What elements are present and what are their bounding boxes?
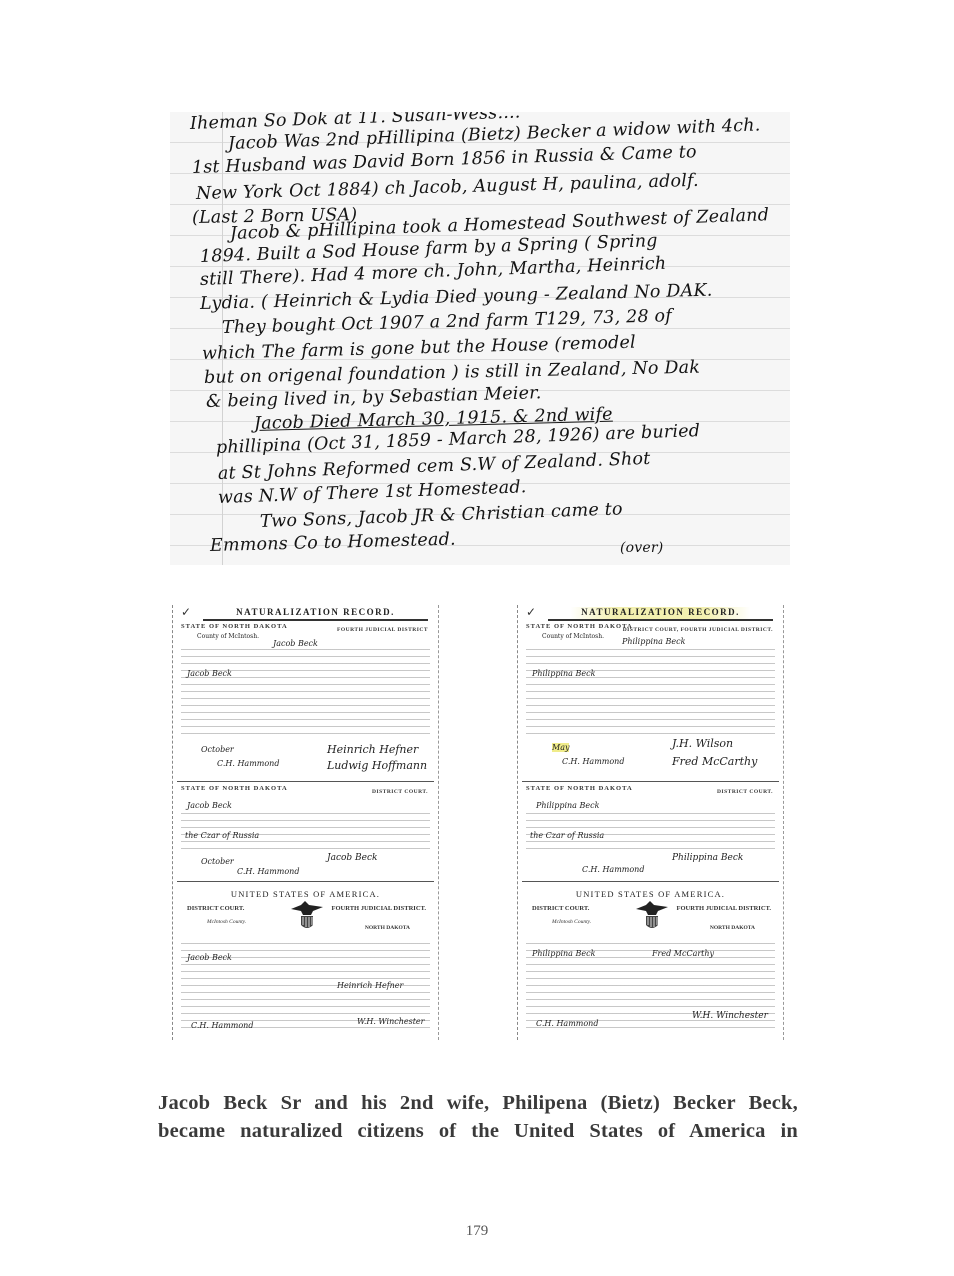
- clerk-signature: C.H. Hammond: [582, 865, 644, 874]
- district-court-heading: DISTRICT COURT.: [532, 905, 589, 912]
- note-line: which The farm is gone but the House (re…: [202, 333, 636, 364]
- date-month: May: [552, 743, 569, 752]
- witness-signature-2: Fred McCarthy: [672, 755, 757, 768]
- judge-signature: W.H. Winchester: [692, 1011, 768, 1021]
- applicant-name: Philippina Beck: [622, 637, 685, 646]
- date-month: October: [201, 745, 234, 754]
- state-heading: STATE OF NORTH DAKOTA: [526, 785, 633, 792]
- caption-line-1: Jacob Beck Sr and his 2nd wife, Philipen…: [158, 1092, 798, 1115]
- north-dakota-label: NORTH DAKOTA: [710, 925, 755, 931]
- handwritten-note-image: Iheman So Dok at 11. Susan-Wess.... Jaco…: [170, 112, 790, 565]
- judicial-district-heading: FOURTH JUDICIAL DISTRICT.: [677, 905, 771, 912]
- county-label: McIntosh County.: [552, 919, 591, 925]
- date-month: October: [201, 857, 234, 866]
- applicant-name-repeat: Philippina Beck: [532, 669, 595, 678]
- country-entry: the Czar of Russia: [530, 831, 604, 840]
- petition-section: STATE OF NORTH DAKOTA FOURTH JUDICIAL DI…: [177, 621, 434, 782]
- checkmark-icon: ✓: [181, 605, 191, 620]
- applicant-name: Jacob Beck: [273, 639, 318, 648]
- oath-section: STATE OF NORTH DAKOTA DISTRICT COURT. Ja…: [177, 783, 434, 882]
- witness-name: Fred McCarthy: [652, 949, 714, 958]
- clerk-signature: C.H. Hammond: [217, 759, 279, 768]
- oath-section: STATE OF NORTH DAKOTA DISTRICT COURT. Ph…: [522, 783, 779, 882]
- form-text-lines: [181, 807, 430, 849]
- judge-signature: W.H. Winchester: [357, 1017, 424, 1026]
- clerk-signature: C.H. Hammond: [562, 757, 624, 766]
- certificate-section: UNITED STATES OF AMERICA. DISTRICT COURT…: [522, 885, 779, 1040]
- applicant-name-repeat: Jacob Beck: [187, 669, 232, 678]
- eagle-seal-icon: [634, 897, 670, 933]
- county-label: McIntosh County.: [207, 919, 246, 925]
- state-heading: STATE OF NORTH DAKOTA: [526, 623, 633, 630]
- country-entry: the Czar of Russia: [185, 831, 259, 840]
- witness-name: Heinrich Hefner: [337, 981, 403, 990]
- north-dakota-label: NORTH DAKOTA: [365, 925, 410, 931]
- form-text-lines: [526, 807, 775, 849]
- record-title: NATURALIZATION RECORD.: [203, 607, 428, 621]
- court-heading: DISTRICT COURT.: [372, 789, 428, 795]
- state-heading: STATE OF NORTH DAKOTA: [181, 785, 288, 792]
- witness-signature-2: Ludwig Hoffmann: [327, 759, 427, 772]
- court-heading: DISTRICT COURT, FOURTH JUDICIAL DISTRICT…: [623, 627, 773, 633]
- certificate-section: UNITED STATES OF AMERICA. DISTRICT COURT…: [177, 885, 434, 1040]
- applicant-name: Jacob Beck: [187, 953, 232, 962]
- applicant-name: Jacob Beck: [187, 801, 232, 810]
- applicant-signature: Jacob Beck: [327, 853, 378, 863]
- petition-section: STATE OF NORTH DAKOTA DISTRICT COURT, FO…: [522, 621, 779, 782]
- note-line: but on origenal foundation ) is still in…: [204, 358, 700, 388]
- court-heading: DISTRICT COURT.: [717, 789, 773, 795]
- record-title: NATURALIZATION RECORD.: [548, 607, 773, 621]
- state-heading: STATE OF NORTH DAKOTA: [181, 623, 288, 630]
- naturalization-record-philippina: ✓ NATURALIZATION RECORD. STATE OF NORTH …: [517, 605, 784, 1040]
- note-over-marker: (over): [620, 540, 663, 556]
- district-court-heading: DISTRICT COURT.: [187, 905, 244, 912]
- caption-line-2: became naturalized citizens of the Unite…: [158, 1120, 798, 1143]
- form-text-lines: [526, 643, 775, 735]
- witness-signature-1: J.H. Wilson: [672, 737, 733, 750]
- naturalization-record-jacob: ✓ NATURALIZATION RECORD. STATE OF NORTH …: [172, 605, 439, 1040]
- witness-signature-1: Heinrich Hefner: [327, 743, 418, 756]
- page-number: 179: [0, 1223, 954, 1240]
- note-line: Emmons Co to Homestead.: [210, 530, 456, 556]
- applicant-signature: Philippina Beck: [672, 853, 743, 863]
- county-label: County of McIntosh.: [542, 633, 604, 640]
- county-label: County of McIntosh.: [197, 633, 259, 640]
- clerk-signature: C.H. Hammond: [237, 867, 299, 876]
- applicant-name: Philippina Beck: [536, 801, 599, 810]
- applicant-name: Philippina Beck: [532, 949, 595, 958]
- clerk-signature: C.H. Hammond: [191, 1021, 253, 1030]
- form-text-lines: [181, 643, 430, 735]
- clerk-signature: C.H. Hammond: [536, 1019, 598, 1028]
- eagle-seal-icon: [289, 897, 325, 933]
- court-heading: FOURTH JUDICIAL DISTRICT: [337, 627, 428, 633]
- checkmark-icon: ✓: [526, 605, 536, 620]
- judicial-district-heading: FOURTH JUDICIAL DISTRICT.: [332, 905, 426, 912]
- note-line: New York Oct 1884) ch Jacob, August H, p…: [196, 171, 699, 204]
